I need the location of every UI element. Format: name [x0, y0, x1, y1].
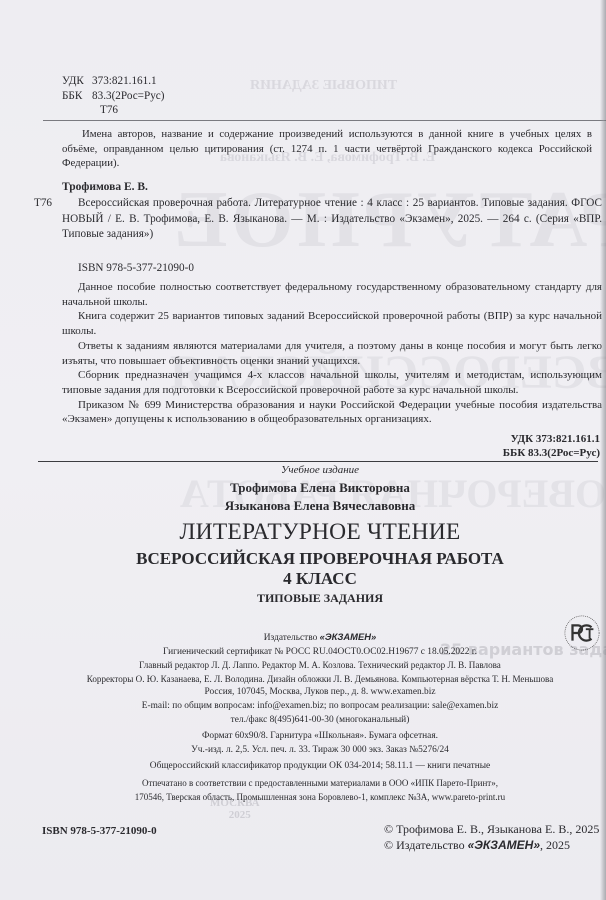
divider	[38, 461, 598, 462]
show-through-text: ТИПОВЫЕ ЗАДАНИЯ	[250, 78, 397, 94]
imprint-block: Издательство «ЭКЗАМЕН» Гигиенический сер…	[40, 630, 600, 804]
grade-label: 4 КЛАСС	[40, 569, 600, 589]
author-mark: Т76	[92, 103, 118, 118]
publisher-line: Издательство «ЭКЗАМЕН»	[40, 630, 600, 646]
editors: Главный редактор Л. Д. Лаппо. Редактор М…	[40, 659, 600, 673]
annotation-paragraph: Сборник предназначен учащимся 4-х классо…	[62, 368, 602, 397]
isbn: ISBN 978-5-377-21090-0	[78, 262, 194, 274]
bibliographic-description: Т76 Всероссийская проверочная работа. Ли…	[62, 196, 602, 243]
udk-code: УДК 373:821.161.1	[503, 432, 600, 446]
copyright-brand: «ЭКЗАМЕН»	[468, 838, 540, 852]
publisher-prefix: Издательство	[264, 633, 320, 643]
format: Формат 60х90/8. Гарнитура «Школьная». Бу…	[40, 730, 600, 744]
annotation-paragraph: Ответы к заданиям являются материалами д…	[62, 339, 602, 368]
phone: тел./факс 8(495)641-00-30 (многоканальны…	[40, 714, 600, 728]
annotation: Данное пособие полностью соответствует ф…	[62, 280, 602, 427]
book-imprint-page: ТИПОВЫЕ ЗАДАНИЯ Е. В. Трофимова, Е. В. Я…	[0, 0, 606, 900]
divider	[43, 120, 606, 121]
author-name: Языканова Елена Вячеславовна	[40, 498, 600, 514]
classification-footer: УДК 373:821.161.1 ББК 83.3(2Рос=Рус)	[503, 432, 600, 460]
record-code: Т76	[34, 196, 52, 212]
printer-line-2: 170546, Тверская область, Промышленная з…	[40, 791, 600, 805]
print-run: Уч.-изд. л. 2,5. Усл. печ. л. 33. Тираж …	[40, 744, 600, 758]
udk-value: 373:821.161.1	[92, 74, 157, 89]
footer-isbn: ISBN 978-5-377-21090-0	[42, 825, 157, 837]
classification-block: УДК373:821.161.1 ББК83.3(2Рос=Рус) Т76	[62, 74, 165, 118]
edition-type: Учебное издание	[40, 464, 600, 476]
copyright-publisher: © Издательство «ЭКЗАМЕН», 2025	[384, 838, 599, 854]
series-label: ТИПОВЫЕ ЗАДАНИЯ	[40, 591, 600, 606]
copyright-year: , 2025	[540, 838, 570, 852]
printer-line-1: Отпечатано в соответствии с предоставлен…	[40, 777, 600, 791]
copyright-usage-note: Имена авторов, название и содержание про…	[62, 127, 592, 171]
annotation-paragraph: Данное пособие полностью соответствует ф…	[62, 280, 602, 309]
annotation-paragraph: Книга содержит 25 вариантов типовых зада…	[62, 309, 602, 338]
annotation-paragraph: Приказом № 699 Министерства образования …	[62, 398, 602, 427]
author-heading: Трофимова Е. В.	[62, 181, 148, 193]
bbk-value: 83.3(2Рос=Рус)	[92, 89, 165, 104]
product-classifier: Общероссийский классификатор продукции О…	[40, 760, 600, 774]
certificate: Гигиенический сертификат № РОСС RU.04ОСТ…	[40, 646, 600, 660]
page-edge-shadow	[600, 0, 606, 900]
record-text: Всероссийская проверочная работа. Литера…	[62, 196, 602, 243]
email: E-mail: по общим вопросам: info@examen.b…	[40, 700, 600, 714]
bbk-label: ББК	[62, 89, 92, 104]
publisher-brand: «ЭКЗАМЕН»	[320, 631, 377, 642]
book-title: ЛИТЕРАТУРНОЕ ЧТЕНИЕ	[40, 519, 600, 546]
udk-label: УДК	[62, 74, 92, 89]
address: Россия, 107045, Москва, Луков пер., д. 8…	[40, 686, 600, 700]
copyright-authors: © Трофимова Е. В., Языканова Е. В., 2025	[384, 822, 599, 838]
bbk-code: ББК 83.3(2Рос=Рус)	[503, 446, 600, 460]
copyright-block: © Трофимова Е. В., Языканова Е. В., 2025…	[384, 822, 599, 853]
show-through-year: 2025	[210, 809, 260, 821]
copyright-prefix: © Издательство	[384, 838, 468, 852]
correctors: Корректоры О. Ю. Казанаева, Е. Л. Володи…	[40, 673, 600, 687]
author-name: Трофимова Елена Викторовна	[40, 480, 600, 496]
book-subtitle: ВСЕРОССИЙСКАЯ ПРОВЕРОЧНАЯ РАБОТА	[40, 549, 600, 569]
